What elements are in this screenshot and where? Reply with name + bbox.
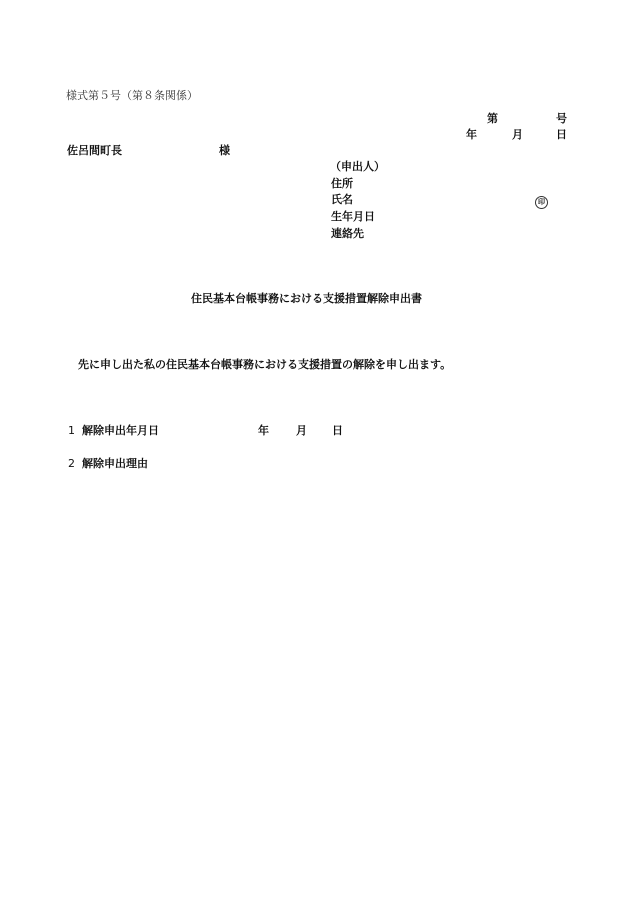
- body-text: 先に申し出た私の住民基本台帳事務における支援措置の解除を申し出ます。: [78, 358, 451, 372]
- form-label: 様式第５号（第８条関係）: [66, 89, 198, 103]
- date-day: 日: [556, 128, 567, 142]
- document-title: 住民基本台帳事務における支援措置解除申出書: [191, 292, 422, 306]
- applicant-birthdate-label: 生年月日: [331, 210, 375, 224]
- item-1-label: 解除申出年月日: [82, 424, 159, 438]
- item-2-label: 解除申出理由: [82, 457, 148, 471]
- seal-icon: 印: [535, 194, 548, 209]
- applicant-name-label: 氏名: [331, 193, 353, 207]
- item-1-year: 年: [258, 424, 269, 438]
- item-1-day: 日: [332, 424, 343, 438]
- date-year: 年: [466, 128, 477, 142]
- item-1-month: 月: [296, 424, 307, 438]
- applicant-address-label: 住所: [331, 177, 353, 191]
- applicant-heading: （申出人）: [330, 160, 385, 174]
- addressee-honorific: 様: [219, 144, 230, 158]
- number-dai: 第: [487, 112, 498, 126]
- number-go: 号: [556, 112, 567, 126]
- addressee-name: 佐呂間町長: [67, 144, 122, 158]
- applicant-contact-label: 連絡先: [331, 227, 364, 241]
- date-month: 月: [512, 128, 523, 142]
- item-1-number: 1: [68, 424, 75, 438]
- item-2-number: 2: [68, 457, 75, 471]
